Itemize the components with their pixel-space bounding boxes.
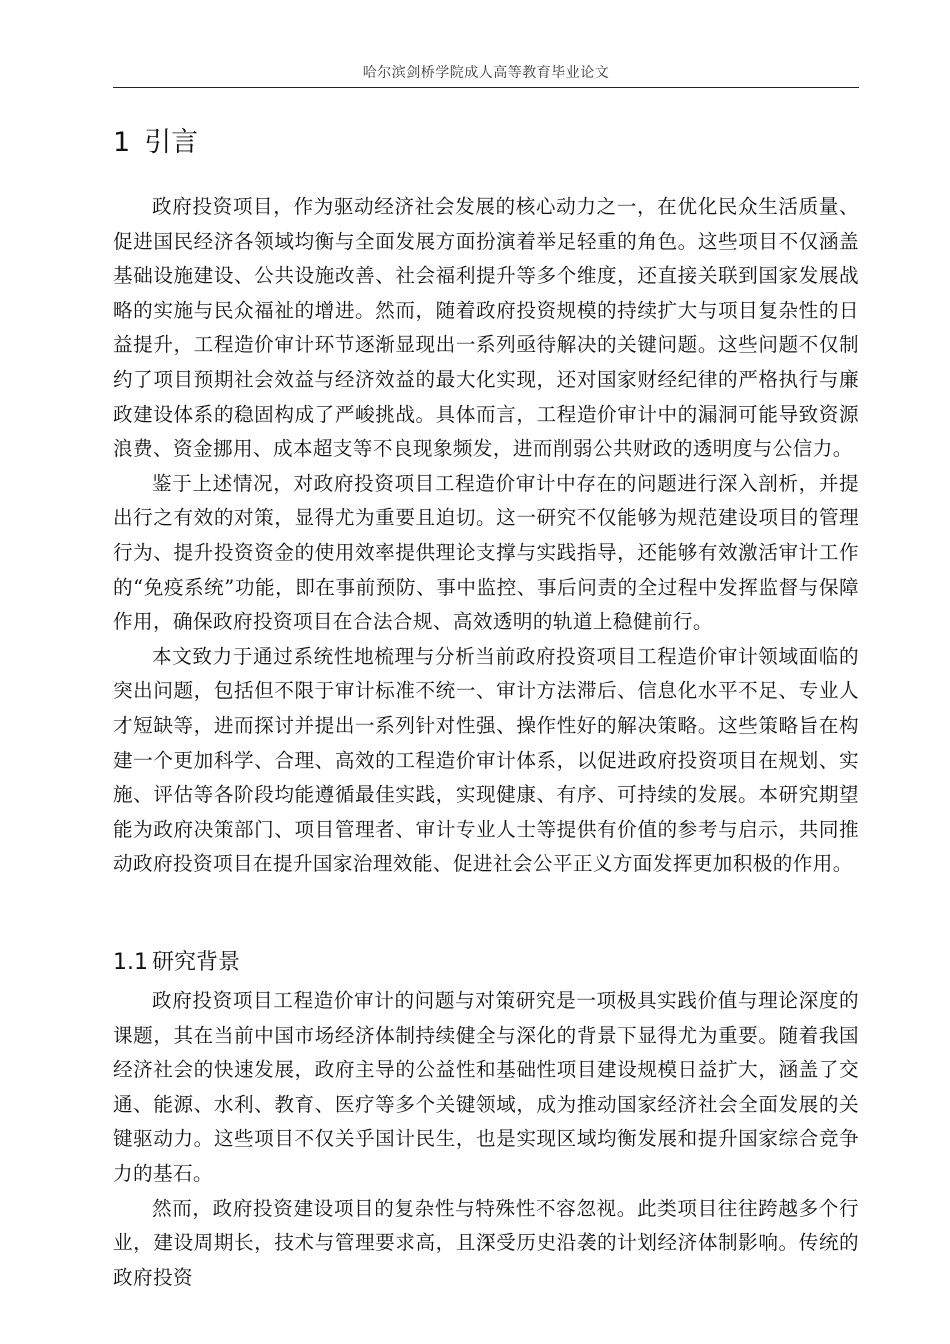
header-divider [113,87,859,88]
running-header: 哈尔滨剑桥学院成人高等教育毕业论文 [113,62,859,82]
chapter-heading: 1引言 [113,120,198,159]
chapter-title: 引言 [144,127,198,158]
chapter-number: 1 [113,127,130,158]
paragraph: 政府投资项目，作为驱动经济社会发展的核心动力之一，在优化民众生活质量、促进国民经… [113,190,859,467]
section-title: 研究背景 [152,950,240,975]
paragraph: 政府投资项目工程造价审计的问题与对策研究是一项极具实践价值与理论深度的课题，其在… [113,984,859,1192]
document-page: 哈尔滨剑桥学院成人高等教育毕业论文 1引言 政府投资项目，作为驱动经济社会发展的… [0,0,950,1344]
page-number: 1 [0,1234,950,1250]
section-number: 1.1 [113,950,148,975]
paragraph: 鉴于上述情况，对政府投资项目工程造价审计中存在的问题进行深入剖析，并提出行之有效… [113,467,859,640]
section-heading: 1.1研究背景 [113,945,240,976]
intro-body: 政府投资项目，作为驱动经济社会发展的核心动力之一，在优化民众生活质量、促进国民经… [113,190,859,882]
paragraph: 本文致力于通过系统性地梳理与分析当前政府投资项目工程造价审计领域面临的突出问题，… [113,640,859,882]
